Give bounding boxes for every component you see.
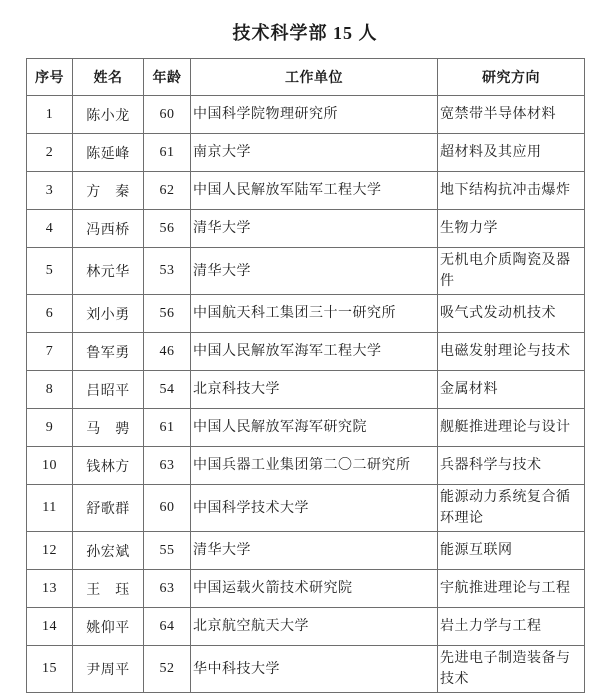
table-row: 12孙宏斌55清华大学能源互联网	[27, 532, 585, 570]
cell-name: 吕昭平	[73, 371, 144, 409]
table-body: 1陈小龙60中国科学院物理研究所宽禁带半导体材料2陈延峰61南京大学超材料及其应…	[27, 96, 585, 693]
cell-org: 北京航空航天大学	[191, 608, 438, 646]
cell-name: 王 珏	[73, 570, 144, 608]
members-table: 序号 姓名 年龄 工作单位 研究方向 1陈小龙60中国科学院物理研究所宽禁带半导…	[26, 58, 585, 693]
cell-no: 9	[27, 409, 73, 447]
cell-no: 14	[27, 608, 73, 646]
table-row: 11舒歌群60中国科学技术大学能源动力系统复合循环理论	[27, 485, 585, 532]
cell-org: 中国科学院物理研究所	[191, 96, 438, 134]
cell-field: 无机电介质陶瓷及器件	[438, 248, 585, 295]
cell-age: 60	[144, 96, 191, 134]
cell-no: 10	[27, 447, 73, 485]
cell-org: 中国人民解放军陆军工程大学	[191, 172, 438, 210]
cell-org: 中国人民解放军海军研究院	[191, 409, 438, 447]
cell-name: 冯西桥	[73, 210, 144, 248]
cell-name: 林元华	[73, 248, 144, 295]
page-title: 技术科学部 15 人	[0, 0, 610, 45]
cell-field: 先进电子制造装备与技术	[438, 646, 585, 693]
header-no: 序号	[27, 59, 73, 96]
cell-org: 中国兵器工业集团第二〇二研究所	[191, 447, 438, 485]
cell-no: 13	[27, 570, 73, 608]
cell-name: 刘小勇	[73, 295, 144, 333]
cell-org: 中国人民解放军海军工程大学	[191, 333, 438, 371]
cell-org: 中国运载火箭技术研究院	[191, 570, 438, 608]
cell-no: 1	[27, 96, 73, 134]
cell-age: 60	[144, 485, 191, 532]
table-row: 4冯西桥56清华大学生物力学	[27, 210, 585, 248]
cell-org: 中国科学技术大学	[191, 485, 438, 532]
table-header: 序号 姓名 年龄 工作单位 研究方向	[27, 59, 585, 96]
header-field: 研究方向	[438, 59, 585, 96]
cell-org: 中国航天科工集团三十一研究所	[191, 295, 438, 333]
cell-field: 能源动力系统复合循环理论	[438, 485, 585, 532]
cell-org: 清华大学	[191, 248, 438, 295]
table-row: 5林元华53清华大学无机电介质陶瓷及器件	[27, 248, 585, 295]
table-row: 6刘小勇56中国航天科工集团三十一研究所吸气式发动机技术	[27, 295, 585, 333]
cell-field: 超材料及其应用	[438, 134, 585, 172]
header-org: 工作单位	[191, 59, 438, 96]
cell-age: 53	[144, 248, 191, 295]
cell-age: 46	[144, 333, 191, 371]
table-row: 14姚仰平64北京航空航天大学岩土力学与工程	[27, 608, 585, 646]
cell-no: 4	[27, 210, 73, 248]
table-row: 10钱林方63中国兵器工业集团第二〇二研究所兵器科学与技术	[27, 447, 585, 485]
cell-name: 尹周平	[73, 646, 144, 693]
cell-org: 北京科技大学	[191, 371, 438, 409]
cell-age: 56	[144, 210, 191, 248]
cell-name: 陈延峰	[73, 134, 144, 172]
cell-org: 清华大学	[191, 532, 438, 570]
cell-age: 56	[144, 295, 191, 333]
cell-age: 55	[144, 532, 191, 570]
cell-name: 陈小龙	[73, 96, 144, 134]
cell-field: 宽禁带半导体材料	[438, 96, 585, 134]
cell-no: 5	[27, 248, 73, 295]
cell-name: 舒歌群	[73, 485, 144, 532]
cell-age: 61	[144, 134, 191, 172]
cell-field: 电磁发射理论与技术	[438, 333, 585, 371]
cell-org: 清华大学	[191, 210, 438, 248]
cell-age: 62	[144, 172, 191, 210]
cell-name: 方 秦	[73, 172, 144, 210]
cell-field: 岩土力学与工程	[438, 608, 585, 646]
cell-age: 63	[144, 447, 191, 485]
table-row: 13王 珏63中国运载火箭技术研究院宇航推进理论与工程	[27, 570, 585, 608]
cell-field: 生物力学	[438, 210, 585, 248]
table-row: 2陈延峰61南京大学超材料及其应用	[27, 134, 585, 172]
table-row: 7鲁军勇46中国人民解放军海军工程大学电磁发射理论与技术	[27, 333, 585, 371]
cell-no: 11	[27, 485, 73, 532]
header-age: 年龄	[144, 59, 191, 96]
cell-age: 64	[144, 608, 191, 646]
cell-age: 52	[144, 646, 191, 693]
table-row: 1陈小龙60中国科学院物理研究所宽禁带半导体材料	[27, 96, 585, 134]
table-row: 9马 骋61中国人民解放军海军研究院舰艇推进理论与设计	[27, 409, 585, 447]
cell-field: 吸气式发动机技术	[438, 295, 585, 333]
header-name: 姓名	[73, 59, 144, 96]
cell-no: 2	[27, 134, 73, 172]
cell-org: 华中科技大学	[191, 646, 438, 693]
cell-no: 12	[27, 532, 73, 570]
table-row: 8吕昭平54北京科技大学金属材料	[27, 371, 585, 409]
cell-no: 7	[27, 333, 73, 371]
cell-field: 宇航推进理论与工程	[438, 570, 585, 608]
cell-field: 兵器科学与技术	[438, 447, 585, 485]
cell-age: 63	[144, 570, 191, 608]
cell-field: 舰艇推进理论与设计	[438, 409, 585, 447]
table-row: 15尹周平52华中科技大学先进电子制造装备与技术	[27, 646, 585, 693]
document-page: 技术科学部 15 人 序号 姓名 年龄 工作单位 研究方向 1陈小龙60中国科学…	[0, 0, 610, 697]
cell-no: 6	[27, 295, 73, 333]
cell-age: 54	[144, 371, 191, 409]
table-header-row: 序号 姓名 年龄 工作单位 研究方向	[27, 59, 585, 96]
cell-name: 孙宏斌	[73, 532, 144, 570]
cell-org: 南京大学	[191, 134, 438, 172]
cell-name: 姚仰平	[73, 608, 144, 646]
cell-name: 钱林方	[73, 447, 144, 485]
cell-name: 马 骋	[73, 409, 144, 447]
cell-no: 15	[27, 646, 73, 693]
cell-name: 鲁军勇	[73, 333, 144, 371]
cell-field: 金属材料	[438, 371, 585, 409]
cell-no: 8	[27, 371, 73, 409]
cell-no: 3	[27, 172, 73, 210]
cell-field: 地下结构抗冲击爆炸	[438, 172, 585, 210]
table-row: 3方 秦62中国人民解放军陆军工程大学地下结构抗冲击爆炸	[27, 172, 585, 210]
cell-age: 61	[144, 409, 191, 447]
cell-field: 能源互联网	[438, 532, 585, 570]
